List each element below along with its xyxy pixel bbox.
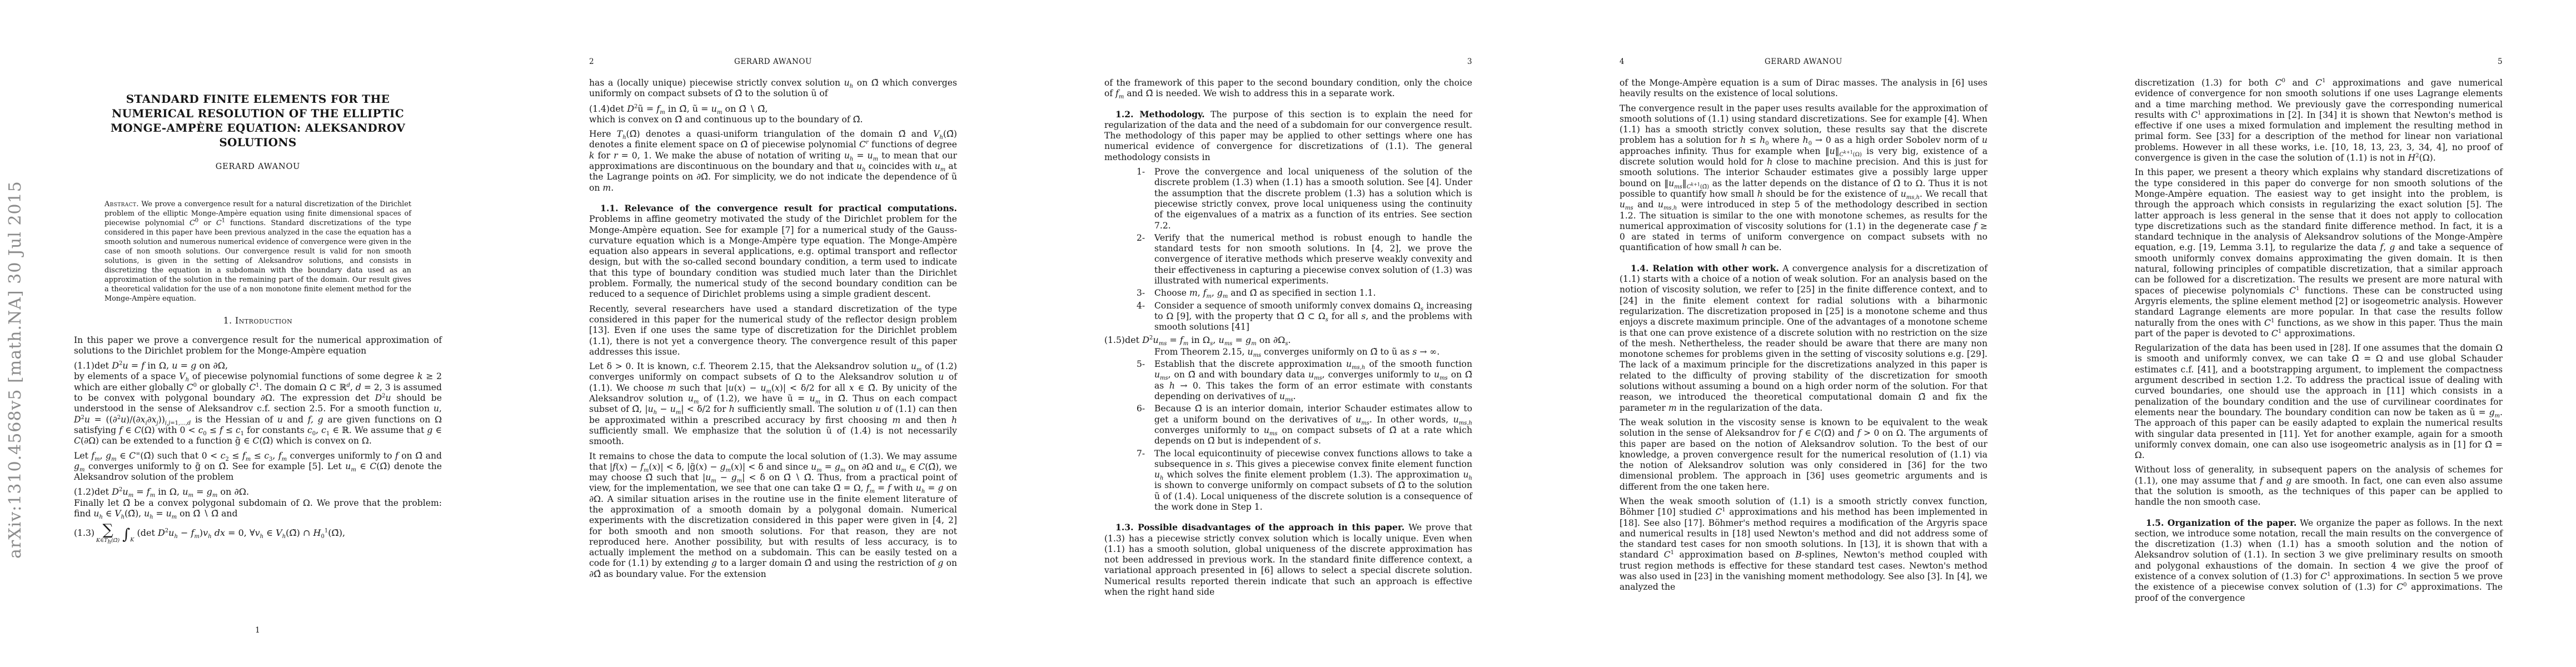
page-4-header: 4 GERARD AWANOU [1620,57,1987,67]
page-2-header: 2 GERARD AWANOU [589,57,957,67]
list-item-4-continued: From Theorem 2.15, ums converges uniform… [1104,347,1472,357]
arxiv-watermark-text: arXiv:1310.4568v5 [math.NA] 30 Jul 2015 [6,181,25,559]
paragraph: of the framework of this paper to the se… [1104,78,1472,99]
list-item-label: 6- [1137,404,1145,414]
running-head-author: GERARD AWANOU [1620,57,1987,66]
equation-body: det D2ũ = fm in Ω̃, ũ = um on Ω̄ ∖ Ω̃, [610,103,768,114]
subsection-1-4: 1.4. Relation with other work. A converg… [1620,263,1987,414]
abstract: Abstract. We prove a convergence result … [104,200,411,303]
paragraph: In this paper we prove a convergence res… [74,335,442,357]
list-item-6: 6-Because Ω̃ is an interior domain, inte… [1104,404,1472,446]
equation-body: det D2u = f in Ω, u = g on ∂Ω, [94,360,228,371]
paragraph: Let fm, gm ∈ C∞(Ω̄) such that 0 < c2 ≤ f… [74,451,442,483]
arxiv-watermark: arXiv:1310.4568v5 [math.NA] 30 Jul 2015 [6,122,28,559]
page-3-body: of the framework of this paper to the se… [1104,78,1472,601]
page-3: 3 of the framework of this paper to the … [1030,0,1546,667]
equation-1-2: (1.2)det D2um = fm in Ω, um = gm on ∂Ω. [74,486,442,497]
paragraph: Let δ > 0. It is known, c.f. Theorem 2.1… [589,361,957,447]
run-in-heading: 1.2. Methodology. [1115,109,1205,120]
list-item-label: 4- [1137,301,1145,311]
page-3-number: 3 [1467,57,1472,66]
paragraph: Finally let Ω̃ be a convex polygonal sub… [74,498,442,520]
list-item-1: 1-Prove the convergence and local unique… [1104,167,1472,231]
equation-1-3: (1.3)∑K∈Th(Ω̃)∫K (det D2uh − fm)vh dx = … [74,523,442,545]
equation-body: det D2um = fm in Ω, um = gm on ∂Ω. [94,486,249,497]
paragraph: In this paper, we present a theory which… [2135,167,2503,339]
subsection-1-5: 1.5. Organization of the paper. We organ… [2135,517,2503,604]
paragraph: Recently, several researchers have used … [589,304,957,357]
equation-body: det D2ums = fm in Ωs, ums = gm on ∂Ωs. [1125,335,1291,345]
run-in-heading: 1.4. Relation with other work. [1631,263,1779,273]
list-item-4: 4-Consider a sequence of smooth uniforml… [1104,301,1472,333]
list-item-7: 7-The local equicontinuity of piecewise … [1104,449,1472,513]
run-in-heading: 1.1. Relevance of the convergence result… [600,203,957,213]
paragraph: which is convex on Ω̃ and continuous up … [589,115,957,125]
page-5-body: discretization (1.3) for both C0 and C1 … [2135,78,2503,608]
list-item-2: 2-Verify that the numerical method is ro… [1104,233,1472,286]
subsection-1-3: 1.3. Possible disadvantages of the appro… [1104,522,1472,598]
equation-number: (1.2) [74,487,94,497]
paragraph: Without loss of generality, in subsequen… [2135,465,2503,507]
page-4-body: of the Monge-Ampère equation is a sum of… [1620,78,1987,597]
page-1-footer-number: 1 [0,626,515,635]
page-4: 4 GERARD AWANOU of the Monge-Ampère equa… [1546,0,2061,667]
paragraph: by elements of a space Vh of piecewise p… [74,371,442,446]
list-item-label: 5- [1137,359,1145,370]
paragraph: The weak solution in the viscosity sense… [1620,417,1987,492]
page-5: 5 discretization (1.3) for both C0 and C… [2061,0,2576,667]
paragraph: Here Th(Ω̃) denotes a quasi-uniform tria… [589,129,957,193]
page-4-number: 4 [1620,57,1625,66]
paragraph: The convergence result in the paper uses… [1620,103,1987,253]
subsection-1-2: 1.2. Methodology. The purpose of this se… [1104,109,1472,163]
equation-number: (1.4) [589,104,610,114]
paragraph: of the Monge-Ampère equation is a sum of… [1620,78,1987,99]
list-item-5: 5-Establish that the discrete approximat… [1104,359,1472,402]
paragraph: discretization (1.3) for both C0 and C1 … [2135,78,2503,163]
equation-number: (1.1) [74,361,94,371]
equation-number: (1.3) [74,528,94,538]
list-item-label: 2- [1137,233,1145,243]
list-item-label: 7- [1137,449,1145,459]
equation-1-5: (1.5)det D2ums = fm in Ωs, ums = gm on ∂… [1104,335,1472,346]
equation-number: (1.5) [1104,335,1125,345]
run-in-heading: 1.5. Organization of the paper. [2146,517,2296,528]
page-1-body: STANDARD FINITE ELEMENTS FOR THE NUMERIC… [74,92,442,546]
run-in-heading: Abstract. [104,200,139,208]
equation-1-1: (1.1)det D2u = f in Ω, u = g on ∂Ω, [74,360,442,371]
page-2: 2 GERARD AWANOU has a (locally unique) p… [515,0,1030,667]
page-1: arXiv:1310.4568v5 [math.NA] 30 Jul 2015 … [0,0,515,667]
equation-body: ∑K∈Th(Ω̃)∫K (det D2uh − fm)vh dx = 0, ∀v… [94,527,345,538]
document-canvas: arXiv:1310.4568v5 [math.NA] 30 Jul 2015 … [0,0,2576,667]
list-item-label: 3- [1137,288,1145,298]
author-name: GERARD AWANOU [74,162,442,172]
equation-1-4: (1.4)det D2ũ = fm in Ω̃, ũ = um on Ω̄ ∖ … [589,103,957,115]
subsection-1-1: 1.1. Relevance of the convergence result… [589,203,957,300]
section-heading-introduction: 1. Introduction [74,316,442,326]
page-5-number: 5 [2498,57,2503,66]
list-item-label: 1- [1137,167,1145,177]
paragraph: It remains to chose the data to compute … [589,451,957,580]
paragraph: has a (locally unique) piecewise strictl… [589,78,957,99]
running-head-author: GERARD AWANOU [589,57,957,66]
list-item-3: 3-Choose m, fm, gm and Ω̃ as specified i… [1104,288,1472,298]
page-2-number: 2 [589,57,594,66]
paper-title: STANDARD FINITE ELEMENTS FOR THE NUMERIC… [95,92,421,150]
run-in-heading: 1.3. Possible disadvantages of the appro… [1115,522,1404,532]
page-5-header: 5 [2135,57,2503,67]
page-2-body: has a (locally unique) piecewise strictl… [589,78,957,584]
paragraph: When the weak smooth solution of (1.1) i… [1620,496,1987,593]
page-3-header: 3 [1104,57,1472,67]
paragraph: Regularization of the data has been used… [2135,343,2503,461]
